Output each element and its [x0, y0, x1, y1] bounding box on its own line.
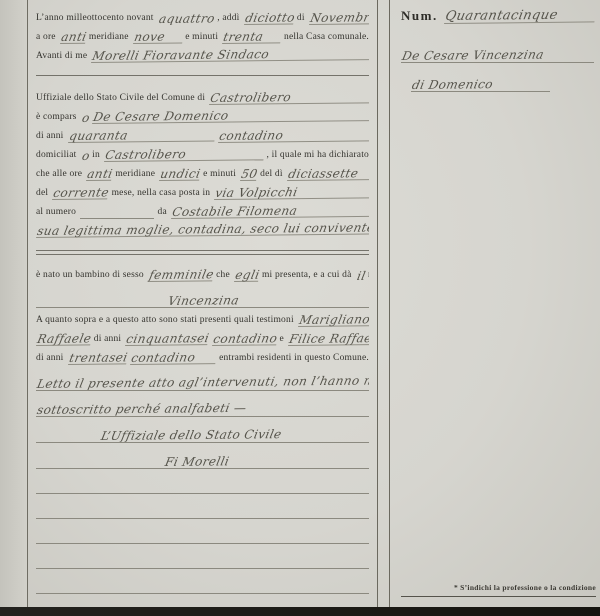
form-row: sottoscritto perché analfabeti — [36, 391, 369, 417]
printed-text: A quanto sopra e a questo atto sono stat… [36, 315, 294, 327]
printed-text: Avanti di me [36, 51, 87, 63]
printed-text: del dì [260, 169, 283, 181]
printed-text: e minuti [203, 169, 236, 181]
section-separator [36, 75, 369, 76]
printed-text: meridiane [89, 32, 129, 44]
left-scan-edge [0, 0, 28, 607]
handwritten-text: Costabile Filomena [171, 204, 369, 219]
printed-text: entrambi residenti in questo Comune. [219, 353, 369, 365]
form-row: Raffaeledi annicinquantaseicontadinoeFil… [36, 327, 369, 346]
printed-text: in [92, 150, 100, 162]
printed-text: di anni [36, 353, 64, 365]
form-row: Vincenzina [36, 282, 369, 308]
printed-text: di anni [36, 131, 64, 143]
child-name: De Cesare Vincenzina [401, 49, 545, 62]
printed-text: domiciliat [36, 150, 77, 162]
handwritten-text: L’Uffiziale dello Stato Civile [100, 428, 283, 442]
printed-text: di [297, 13, 305, 25]
ruled-empty-line [36, 569, 369, 594]
form-row: di anniquarantacontadino [36, 124, 369, 143]
handwritten-text: trenta [222, 30, 283, 44]
printed-text: Uffiziale dello Stato Civile del Comune … [36, 93, 205, 105]
form-row: che alle oreantimeridianeundicie minuti5… [36, 162, 369, 181]
handwritten-text: Marigliano [298, 313, 369, 327]
handwritten-text: contadino [218, 128, 369, 143]
handwritten-text: Castrolibero [104, 147, 266, 162]
handwritten-text: trentasei [68, 351, 129, 365]
handwritten-text: egli [234, 269, 261, 282]
handwritten-text: nove [133, 30, 184, 44]
printed-text: che alle ore [36, 169, 82, 181]
margin-name-line-2: di Domenico [411, 67, 550, 92]
handwritten-text: via Volpicchi [214, 185, 369, 200]
handwritten-text: Filice Raffaele [288, 332, 369, 346]
handwritten-text: anti [60, 31, 88, 44]
printed-text: , addì [217, 13, 239, 25]
bottom-scan-band [0, 607, 600, 616]
handwritten-text: De Cesare Domenico [92, 108, 369, 124]
num-value: Quarantacinque [444, 8, 597, 24]
handwritten-text: cinquantasei [125, 332, 210, 346]
printed-text: nella Casa comunale. [284, 32, 369, 44]
form-row: Fi Morelli [36, 443, 369, 469]
printed-text: del [36, 188, 48, 200]
printed-text: mi presenta, e a cui dà [262, 270, 352, 282]
form-row: al numerodaCostabile Filomena [36, 200, 369, 219]
printed-text: di anni [94, 334, 122, 346]
form-row: L’anno milleottocento novantaquattro, ad… [36, 6, 369, 25]
margin-name-line-1: De Cesare Vincenzina [401, 38, 594, 63]
handwritten-text: sua legittima moglie, contadina, seco lu… [36, 221, 369, 238]
scanned-birth-record: L’anno milleottocento novantaquattro, ad… [0, 0, 600, 616]
handwritten-text: Raffaele [36, 332, 92, 346]
record-number-row: Num. Quarantacinque [401, 8, 594, 24]
form-row: è comparsoDe Cesare Domenico [36, 105, 369, 124]
form-row: L’Uffiziale dello Stato Civile [36, 417, 369, 443]
fill-line [80, 206, 153, 219]
printed-text: mese, nella casa posta in [112, 188, 211, 200]
margin-column: Num. Quarantacinque De Cesare Vincenzina… [389, 0, 600, 607]
printed-text: nom [368, 270, 369, 282]
handwritten-text: quaranta [68, 128, 217, 143]
handwritten-text: aquattro [158, 12, 216, 25]
form-row: Uffiziale dello Stato Civile del Comune … [36, 86, 369, 105]
printed-text: meridiane [115, 169, 155, 181]
handwritten-text: contadino [212, 332, 278, 346]
form-row: sua legittima moglie, contadina, seco lu… [36, 219, 369, 238]
handwritten-text: femminile [148, 268, 215, 282]
father-name: di Domenico [411, 78, 494, 91]
handwritten-text: 50 [240, 168, 259, 181]
printed-text: a ore [36, 32, 56, 44]
printed-text: e [279, 334, 283, 346]
form-row: a oreantimeridianenovee minutitrentanell… [36, 25, 369, 44]
ruled-empty-line [36, 544, 369, 569]
printed-text: da [158, 207, 167, 219]
form-row: Letto il presente atto agl’intervenuti, … [36, 365, 369, 391]
handwritten-text: sottoscritto perché analfabeti — [36, 402, 248, 416]
handwritten-text: Morelli Fioravante Sindaco [91, 47, 369, 63]
num-label: Num. [401, 8, 438, 24]
printed-text: è compars [36, 112, 77, 124]
section-separator [36, 250, 369, 255]
form-body: L’anno milleottocento novantaquattro, ad… [28, 0, 377, 607]
handwritten-text: Castrolibero [209, 90, 369, 105]
handwritten-text: diciotto [244, 11, 296, 25]
printed-text: , il quale mi ha dichiarato [267, 150, 369, 162]
handwritten-text: Vincenzina [167, 294, 240, 307]
handwritten-text: undici [159, 168, 202, 181]
ruled-empty-line [36, 494, 369, 519]
printed-text: è nato un bambino di sesso [36, 270, 144, 282]
handwritten-text: Letto il presente atto agl’intervenuti, … [36, 374, 369, 390]
form-row: A quanto sopra e a questo atto sono stat… [36, 308, 369, 327]
printed-text: e minuti [185, 32, 218, 44]
handwritten-text: corrente [52, 186, 110, 200]
form-row: domiciliatoinCastrolibero, il quale mi h… [36, 143, 369, 162]
handwritten-text: anti [86, 168, 114, 181]
handwritten-text: Novembre [309, 11, 369, 25]
ruled-empty-line [36, 519, 369, 544]
ruled-empty-line [36, 469, 369, 494]
form-row: delcorrentemese, nella casa posta invia … [36, 181, 369, 200]
handwritten-text: diciassette [287, 167, 369, 181]
form-row: è nato un bambino di sessofemminilecheeg… [36, 263, 369, 282]
printed-text: L’anno milleottocento novant [36, 13, 154, 25]
margin-footnote: * S’indichi la professione o la condizio… [401, 583, 596, 597]
handwritten-text: il [356, 270, 367, 282]
handwritten-text: Fi Morelli [164, 455, 230, 468]
printed-text: che [216, 270, 230, 282]
handwritten-text: o [81, 112, 91, 124]
printed-text: al numero [36, 207, 76, 219]
handwritten-text: contadino [130, 351, 218, 365]
handwritten-text: o [81, 150, 91, 162]
form-row: di annitrentaseicontadinoentrambi reside… [36, 346, 369, 365]
form-row: Avanti di meMorelli Fioravante Sindaco [36, 44, 369, 63]
